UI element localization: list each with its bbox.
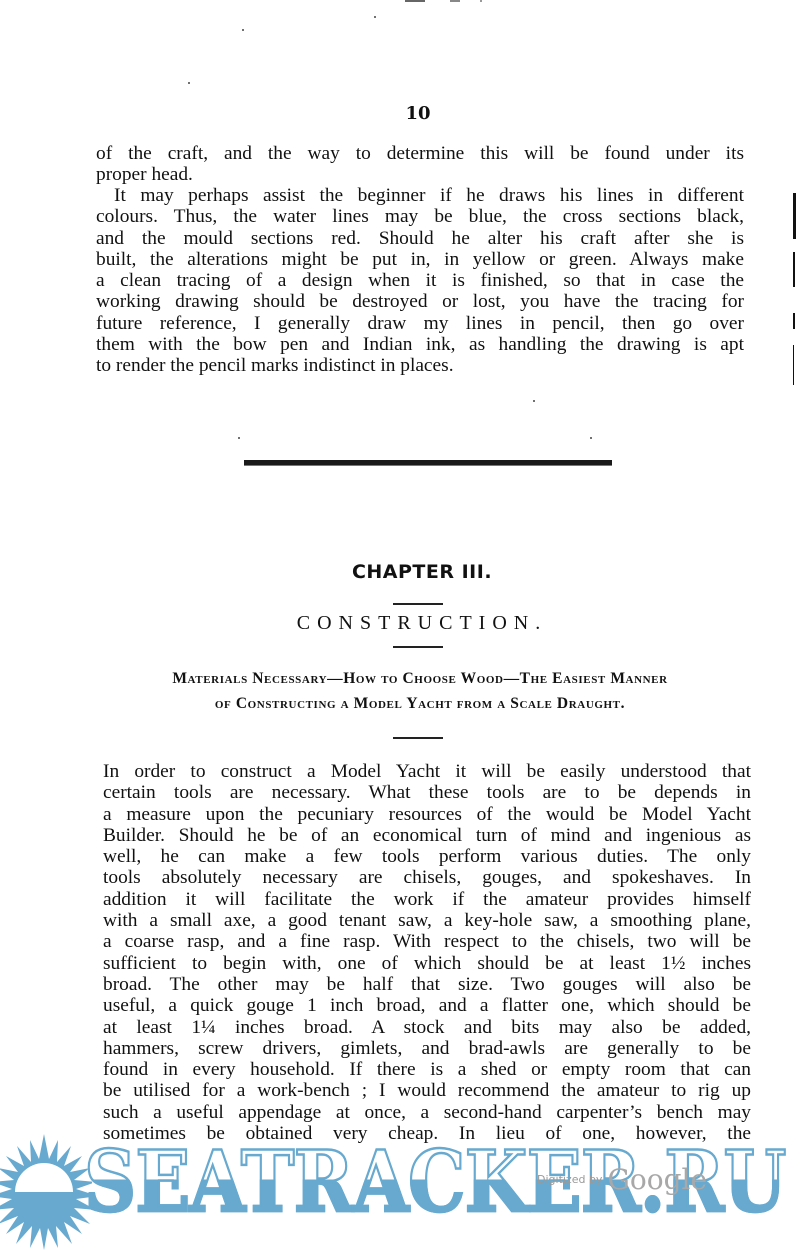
text-line: broad. The other may be half that size. … (103, 974, 751, 995)
scan-speck (238, 437, 240, 439)
subtitle-line: of Constructing a Model Yacht from a Sca… (100, 691, 740, 716)
text-line: working drawing should be destroyed or l… (96, 291, 744, 312)
text-line: found in every household. If there is a … (103, 1059, 751, 1080)
chapter-number: CHAPTER III. (0, 561, 804, 583)
text-line: proper head. (96, 164, 744, 185)
chapter-title: CONSTRUCTION. (0, 612, 804, 635)
scan-speck (533, 400, 535, 402)
text-line: future reference, I generally draw my li… (96, 313, 744, 334)
text-line: such a useful appendage at once, a secon… (103, 1102, 751, 1123)
page-number: 10 (0, 103, 804, 124)
section-divider (244, 460, 612, 466)
text-line: a measure upon the pecuniary resources o… (103, 804, 751, 825)
scan-speck (242, 29, 244, 31)
text-line: hammers, screw drivers, gimlets, and bra… (103, 1038, 751, 1059)
text-line: built, the alterations might be put in, … (96, 249, 744, 270)
scan-speck (590, 437, 592, 439)
chapter-subtitle: Materials Necessary—How to Choose Wood—T… (100, 666, 740, 716)
short-rule (393, 603, 443, 605)
digitized-by-google: Digitized by Google (537, 1163, 707, 1196)
text-line: In order to construct a Model Yacht it w… (103, 761, 751, 782)
subtitle-line: Materials Necessary—How to Choose Wood—T… (100, 666, 740, 691)
text-line: with a small axe, a good tenant saw, a k… (103, 910, 751, 931)
paragraph-continuation: of the craft, and the way to determine t… (96, 143, 744, 186)
text-line: It may perhaps assist the beginner if he… (96, 185, 744, 206)
short-rule (393, 737, 443, 739)
google-label: Google (608, 1163, 708, 1196)
digitized-label: Digitized by (537, 1173, 602, 1186)
scan-speck (188, 82, 190, 84)
text-line: sufficient to begin with, one of which s… (103, 953, 751, 974)
text-line: tools absolutely necessary are chisels, … (103, 867, 751, 888)
sun-logo-icon (0, 1134, 92, 1250)
text-line: addition it will facilitate the work if … (103, 889, 751, 910)
text-line: a clean tracing of a design when it is f… (96, 270, 744, 291)
margin-mark (793, 252, 795, 287)
paragraph-colours: It may perhaps assist the beginner if he… (96, 185, 744, 377)
book-page: 10 of the craft, and the way to determin… (0, 0, 804, 1250)
margin-mark (793, 313, 795, 329)
text-line: useful, a quick gouge 1 inch broad, and … (103, 995, 751, 1016)
text-line: and the mould sections red. Should he al… (96, 228, 744, 249)
text-line: well, he can make a few tools perform va… (103, 846, 751, 867)
scan-artifact (395, 0, 495, 2)
text-line: to render the pencil marks indistinct in… (96, 355, 744, 376)
scan-speck (374, 16, 376, 18)
paragraph-body: In order to construct a Model Yacht it w… (103, 761, 751, 1144)
text-line: colours. Thus, the water lines may be bl… (96, 206, 744, 227)
margin-mark (793, 193, 796, 239)
margin-mark (793, 345, 794, 385)
text-line: of the craft, and the way to determine t… (96, 143, 744, 164)
text-line: certain tools are necessary. What these … (103, 782, 751, 803)
text-line: Builder. Should he be of an economical t… (103, 825, 751, 846)
text-line: them with the bow pen and Indian ink, as… (96, 334, 744, 355)
short-rule (393, 646, 443, 648)
text-line: a coarse rasp, and a fine rasp. With res… (103, 931, 751, 952)
text-line: at least 1¼ inches broad. A stock and bi… (103, 1017, 751, 1038)
text-line: be utilised for a work-bench ; I would r… (103, 1080, 751, 1101)
